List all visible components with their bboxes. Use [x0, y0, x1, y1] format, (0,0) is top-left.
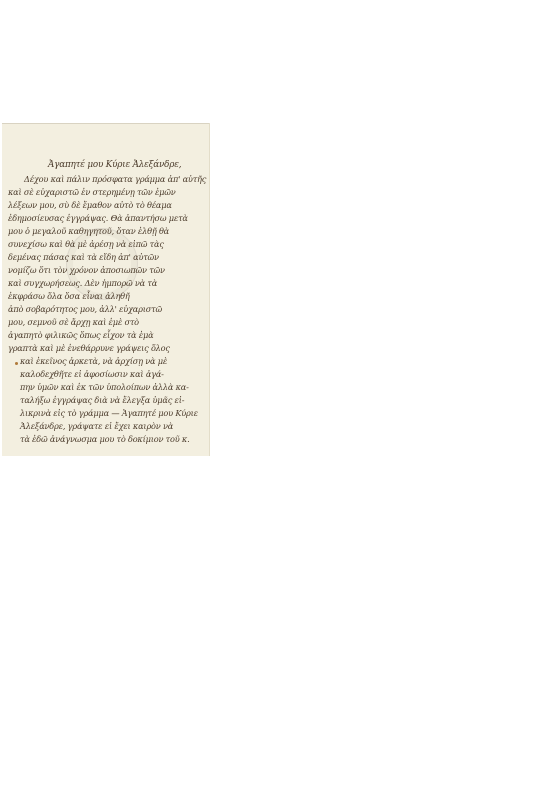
letter-page: Ἀγαπητέ μου Κύριε Ἀλεξάνδρε, Δέχου καὶ π…	[2, 123, 210, 456]
letter-line: γραπτὰ καὶ μὲ ἐνεθάρρυνε γράψεις ὅλος	[8, 343, 170, 353]
letter-line: ταλήξω ἐγγράψας διὰ νὰ ἔλεγξα ὑμᾶς εἰ-	[20, 395, 184, 405]
letter-line: λικρινὰ εἰς τὸ γράμμα — Ἀγαπητέ μου Κύρι…	[20, 408, 198, 418]
letter-line: τὰ ἐδῶ ἀνάγνωσμα μου τὸ δοκίμιον τοῦ κ.	[20, 434, 189, 444]
letter-salutation: Ἀγαπητέ μου Κύριε Ἀλεξάνδρε,	[48, 160, 181, 170]
letter-line: καὶ σὲ εὐχαριστῶ ἐν στερημένῃ τῶν ἐμῶν	[8, 187, 176, 197]
letter-line: Δέχου καὶ πάλιν πρόσφατα γράμμα ἀπ' αὐτῆ…	[24, 174, 206, 184]
letter-line: καὶ συγχωρήσεως. Δὲν ἠμπορῶ νὰ τὰ	[8, 278, 157, 288]
letter-line: μου ὁ μεγαλοῦ καθηγητοῦ, ὅταν ἐλθῇ θὰ	[8, 226, 169, 236]
letter-line: ἀγαπητὸ φιλικῶς ὅπως εἶχον τὰ ἐμὰ	[8, 330, 153, 340]
letter-line: ἐδημοσίευσας ἐγγράψας. Θὰ ἀπαντήσω μετὰ	[8, 213, 188, 223]
letter-line: νομίζω ὅτι τὸν χρόνον ἀποσιωπῶν τῶν	[8, 265, 165, 275]
letter-line: δεμένας πάσας καὶ τὰ εἴδη ἀπ' αὐτῶν	[8, 252, 159, 262]
letter-line: ἐκφράσω ὅλα ὅσα εἶναι ἀληθῆ	[8, 291, 130, 301]
letter-line: λέξεων μου, σὺ δὲ ἔμαθον αὐτὸ τὸ θέαμα	[8, 200, 172, 210]
letter-line: καὶ ἐκεῖνος ἀρκετὰ, νὰ ἀρχίσῃ νὰ μὲ	[20, 356, 167, 366]
margin-ink-mark	[15, 362, 18, 365]
letter-line: πην ὑμῶν καὶ ἐκ τῶν ὑπολοίπων ἀλλὰ κα-	[20, 382, 189, 392]
letter-line: μου, σεμνοῦ σὲ ἄρχῃ καὶ ἐμὲ στὸ	[8, 317, 139, 327]
letter-line: καλοδεχθῆτε εἰ ἀφοσίωσιν καὶ ἀγά-	[20, 369, 164, 379]
letter-line: ἀπὸ σοβαρότητος μου, ἀλλ' εὐχαριστῶ	[8, 304, 162, 314]
letter-line: συνεχίσω καὶ θὰ μὲ ἀρέσῃ νὰ εἰπῶ τὰς	[8, 239, 164, 249]
letter-line: Ἀλεξάνδρε, γράψατε εἰ ἔχει καιρὸν νὰ	[20, 421, 173, 431]
